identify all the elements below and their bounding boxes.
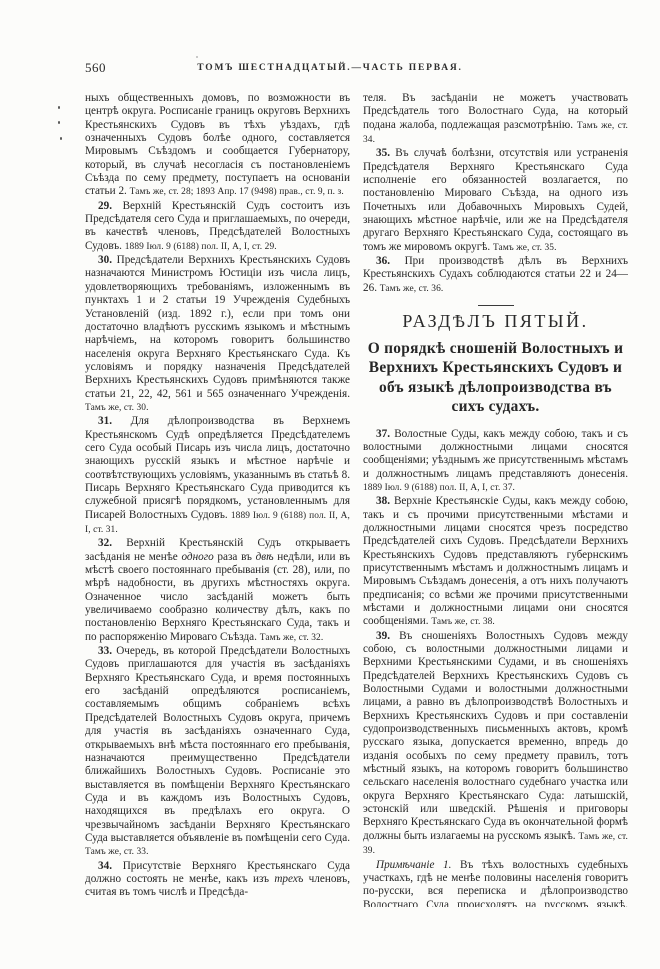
section-kicker: РАЗДѢЛЪ ПЯТЫЙ. <box>363 315 628 328</box>
citation: Тамъ же, ст. 28; 1893 Апр. 17 (9498) пра… <box>130 187 344 197</box>
article-text: Примѣчаніе 1. <box>376 859 451 871</box>
article-text: Въ случаѣ болѣзни, отсутствія или устран… <box>363 147 628 252</box>
article-paragraph: 33. Очередь, въ которой Предсѣдатели Вол… <box>85 645 350 860</box>
article-number: 37. <box>376 428 390 440</box>
article-text: Въ сношеніяхъ Волостныхъ Судовъ между со… <box>363 630 628 842</box>
scan-artifact <box>60 137 62 140</box>
article-paragraph: 32. Верхній Крестьянскій Судъ открываетъ… <box>85 537 350 645</box>
article-text: трехъ <box>274 873 303 885</box>
section-divider-rule <box>478 305 514 306</box>
article-text: недѣли, или въ мѣстѣ своего постояннаго … <box>85 551 350 643</box>
citation: Тамъ же, ст. 33. <box>85 847 149 857</box>
article-number: 35. <box>376 147 390 159</box>
article-number: 29. <box>98 200 112 212</box>
article-text: раза въ <box>214 551 256 563</box>
article-paragraph: 29. Верхній Крестьянскій Судъ состоитъ и… <box>85 200 350 254</box>
article-paragraph: 30. Предсѣдатели Верхнихъ Крестьянскихъ … <box>85 254 350 415</box>
article-paragraph: 34. Присутствіе Верхняго Крестьянскаго С… <box>85 860 350 900</box>
article-number: 36. <box>376 255 390 267</box>
article-paragraph: 38. Верхніе Крестьянскіе Суды, какъ межд… <box>363 495 628 629</box>
article-number: 33. <box>98 645 112 657</box>
section-title: О порядкѣ сношеній Волостныхъ и Верхнихъ… <box>363 339 628 417</box>
article-paragraph: ныхъ общественныхъ домовъ, по возможност… <box>85 92 350 200</box>
article-number: 30. <box>98 254 112 266</box>
citation: 1889 Іюл. 9 (6188) пол. II, А, I, ст. 29… <box>125 242 277 252</box>
citation: Тамъ же, ст. 36. <box>380 284 444 294</box>
article-text: ныхъ общественныхъ домовъ, по возможност… <box>85 92 350 197</box>
scanned-book-page: 560 ТОМЪ ШЕСТНАДЦАТЫЙ.—ЧАСТЬ ПЕРВАЯ. ных… <box>0 0 660 969</box>
article-paragraph: теля. Въ засѣданіи не можетъ участвовать… <box>363 92 628 147</box>
article-text: Для дѣлопроизводства въ Верхнемъ Крестья… <box>85 415 350 520</box>
article-number: 34. <box>98 860 112 872</box>
article-number: 31. <box>98 415 112 427</box>
citation: 1889 Іюл. 9 (6188) пол. II, А, I, ст. 37… <box>363 483 515 493</box>
article-paragraph: 39. Въ сношеніяхъ Волостныхъ Судовъ межд… <box>363 630 628 859</box>
article-paragraph: 31. Для дѣлопроизводства въ Верхнемъ Кре… <box>85 415 350 537</box>
article-text: одного <box>181 551 213 563</box>
article-number: 38. <box>376 495 390 507</box>
scan-artifact <box>58 106 60 109</box>
article-paragraph: 37. Волостные Суды, какъ между собою, та… <box>363 428 628 496</box>
article-text: Верхніе Крестьянскіе Суды, какъ между со… <box>363 495 628 627</box>
citation: Тамъ же, ст. 35. <box>493 243 557 253</box>
article-paragraph: 35. Въ случаѣ болѣзни, отсутствія или ус… <box>363 147 628 255</box>
left-column: ныхъ общественныхъ домовъ, по возможност… <box>85 92 350 907</box>
right-column: теля. Въ засѣданіи не можетъ участвовать… <box>363 92 628 907</box>
article-number: 39. <box>376 630 390 642</box>
article-text: Волостные Суды, какъ между собою, такъ и… <box>363 428 628 480</box>
scan-artifact <box>196 56 198 58</box>
article-text: двѣ <box>256 551 274 563</box>
article-text: Предсѣдатели Верхнихъ Крестьянскихъ Судо… <box>85 254 350 399</box>
citation: Тамъ же, ст. 32. <box>260 633 324 643</box>
scan-artifact <box>58 121 60 124</box>
citation: Тамъ же, ст. 30. <box>85 403 149 413</box>
section-heading: РАЗДѢЛЪ ПЯТЫЙ. О порядкѣ сношеній Волост… <box>363 305 628 416</box>
article-number: 32. <box>98 537 112 549</box>
citation: Тамъ же, ст. 38. <box>431 617 495 627</box>
article-paragraph: 36. При производствѣ дѣлъ въ Верхнихъ Кр… <box>363 255 628 296</box>
article-paragraph: Примѣчаніе 1. Въ тѣхъ волостныхъ судебны… <box>363 859 628 908</box>
running-title: ТОМЪ ШЕСТНАДЦАТЫЙ.—ЧАСТЬ ПЕРВАЯ. <box>0 63 660 73</box>
article-text: Очередь, въ которой Предсѣдатели Волостн… <box>85 645 350 844</box>
text-columns: ныхъ общественныхъ домовъ, по возможност… <box>85 92 628 907</box>
